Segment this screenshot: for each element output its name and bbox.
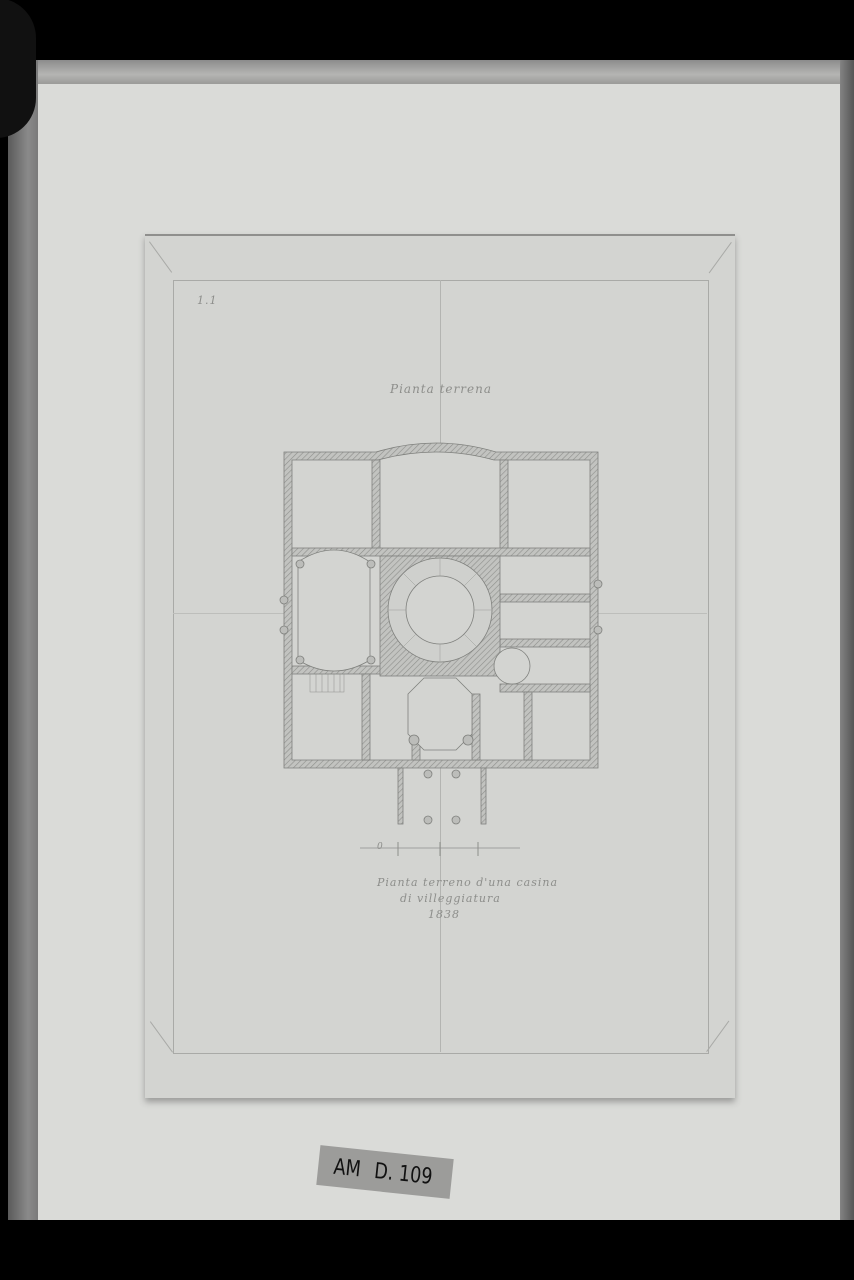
frame-corner-line — [709, 242, 732, 273]
frame-corner-line — [706, 1021, 729, 1052]
drawing-sheet: 1.1 Pianta terrena — [145, 234, 735, 1098]
dark-object-left — [0, 0, 36, 138]
mount-rail — [38, 60, 840, 84]
frame-corner-line — [149, 241, 172, 272]
sheet-number: 1.1 — [197, 294, 218, 307]
plan-title: Pianta terrena — [390, 382, 492, 396]
caption-line-1: Pianta terreno d'una casina — [377, 876, 558, 889]
archive-number: D. 109 — [373, 1158, 434, 1189]
caption-year: 1838 — [428, 908, 460, 921]
caption-line-2: di villeggiatura — [400, 892, 501, 905]
archive-collection: AM — [332, 1154, 362, 1182]
floor-plan-drawing — [276, 434, 616, 834]
scale-bar — [360, 842, 520, 862]
frame-corner-line — [150, 1021, 173, 1052]
